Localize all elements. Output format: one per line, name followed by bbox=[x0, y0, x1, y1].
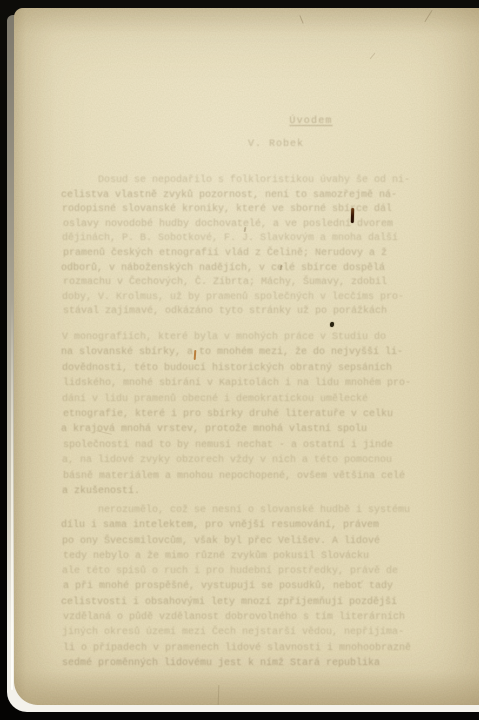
bleedthrough-line: lidského, mnohé sbírání v Kapitolách i n… bbox=[63, 376, 411, 391]
bleedthrough-line: pramenů českých etnografií vlád z Čelině… bbox=[63, 247, 411, 262]
bleedthrough-line: celistvosti i obsahovými lety mnozí zpří… bbox=[61, 595, 409, 610]
bleedthrough-line: a zkušeností. bbox=[62, 484, 410, 499]
bleedthrough-line: tedy nebylo a že mimo různé zvykům pokus… bbox=[63, 549, 411, 564]
bleedthrough-line: V monografiích, které byla v mnohých prá… bbox=[62, 330, 410, 345]
bleedthrough-line: společnosti nad to by nemusí nechat - a … bbox=[63, 438, 411, 453]
bleedthrough-line: dovědnosti, této budoucí historických ob… bbox=[62, 361, 410, 376]
ink-stroke-mark bbox=[351, 208, 354, 223]
bleedthrough-heading: Úvodem bbox=[281, 116, 341, 127]
bleedthrough-paragraph-2: V monografiích, které byla v mnohých prá… bbox=[62, 330, 410, 499]
bleedthrough-line: jiných okresů území mezi Čech nejstarší … bbox=[62, 625, 410, 640]
bleedthrough-line: nerozumělo, což se nesní o slovanské hud… bbox=[62, 503, 410, 518]
bleedthrough-paragraph-1: Dosud se nepodařilo s folkloristikou úva… bbox=[62, 174, 410, 320]
bleedthrough-line: po ony Švecsmilovcům, však byl přec Veli… bbox=[62, 534, 410, 549]
bleedthrough-line: a při mnohé prospěšné, vystupují se posu… bbox=[63, 579, 411, 594]
bleedthrough-line: rozmachu v Čechových, Č. Zíbrta; Máchy, … bbox=[63, 276, 411, 291]
bleedthrough-subheading: V. Robek bbox=[246, 139, 306, 150]
bleedthrough-line: stával zajímavé, odkázáno tyto stránky u… bbox=[63, 305, 411, 320]
bleedthrough-line: li o případech v pramenech lidové slavno… bbox=[63, 641, 411, 656]
bleedthrough-line: dějinách, P. B. Sobotkové, F. J. Slavkov… bbox=[62, 232, 410, 247]
bleedthrough-line: rodopisné slovanské kroniky, které ve sb… bbox=[62, 203, 410, 218]
bleedthrough-line: básně materiálem a mnohou nepochopené, o… bbox=[63, 469, 411, 484]
bleedthrough-line: etnografie, které i pro sbírky druhé lit… bbox=[63, 407, 411, 422]
bleedthrough-line: sedmé proměnných lidovému jest k nímž St… bbox=[62, 656, 410, 671]
bleedthrough-line: odborů, v náboženských nadějích, v celé … bbox=[61, 262, 409, 277]
bleedthrough-line: celistva vlastně zvyků pozornost, není t… bbox=[61, 189, 409, 204]
scan-background: Úvodem V. Robek Dosud se nepodařilo s fo… bbox=[0, 0, 479, 720]
bleedthrough-line: oslavy novodobé hudby dochovatelé, a ve … bbox=[63, 218, 411, 233]
bleedthrough-line: dání v lidu pramenů obecné i demokratick… bbox=[62, 392, 410, 407]
bleedthrough-line: ale této spisů o ruch i pro hudební pros… bbox=[62, 564, 410, 579]
bleedthrough-line: dílu i sama intelektem, pro vnější resum… bbox=[61, 518, 409, 533]
bleedthrough-line: na slovanské sbírky, a to mnohém mezi, ž… bbox=[61, 345, 409, 360]
bleedthrough-line: vzdělaná o půdě vzdělanost dobrovolného … bbox=[63, 610, 411, 625]
bleedthrough-text-layer: Úvodem V. Robek Dosud se nepodařilo s fo… bbox=[0, 0, 479, 720]
bleedthrough-line: a krajová mnohá vrstev, protože mnohá vl… bbox=[61, 422, 409, 437]
bleedthrough-line: Dosud se nepodařilo s folkloristikou úva… bbox=[62, 174, 410, 189]
bleedthrough-paragraph-3: nerozumělo, což se nesní o slovanské hud… bbox=[62, 503, 410, 671]
bleedthrough-line: a, na lidové zvyky obzorech vždy v nich … bbox=[62, 453, 410, 468]
bleedthrough-line: doby, V. Krolmus, už by pramenů společný… bbox=[62, 291, 410, 306]
